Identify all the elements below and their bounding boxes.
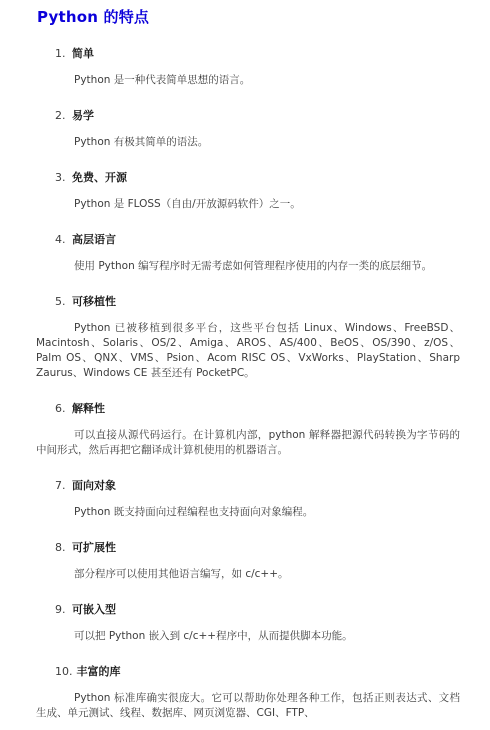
item-number: 3.: [55, 170, 68, 185]
list-item: 3.免费、开源 Python 是 FLOSS（自由/开放源码软件）之一。: [36, 170, 460, 212]
item-heading: 可嵌入型: [72, 603, 116, 616]
list-item: 8.可扩展性 部分程序可以使用其他语言编写，如 c/c++。: [36, 540, 460, 582]
item-heading-row: 2.易学: [36, 108, 460, 123]
item-paragraph: Python 是 FLOSS（自由/开放源码软件）之一。: [36, 197, 460, 212]
item-heading-row: 1.简单: [36, 46, 460, 61]
item-number: 9.: [55, 602, 68, 617]
item-heading: 简单: [72, 47, 94, 60]
item-heading: 易学: [72, 109, 94, 122]
page-title: Python 的特点: [36, 8, 460, 26]
item-heading: 可移植性: [72, 295, 116, 308]
item-heading: 可扩展性: [72, 541, 116, 554]
item-paragraph: 可以把 Python 嵌入到 c/c++程序中，从而提供脚本功能。: [36, 629, 460, 644]
item-paragraph: Python 是一种代表简单思想的语言。: [36, 73, 460, 88]
item-heading: 解释性: [72, 402, 105, 415]
item-heading: 面向对象: [72, 479, 116, 492]
item-heading-row: 6.解释性: [36, 401, 460, 416]
list-item: 6.解释性 可以直接从源代码运行。在计算机内部，python 解释器把源代码转换…: [36, 401, 460, 458]
list-item: 7.面向对象 Python 既支持面向过程编程也支持面向对象编程。: [36, 478, 460, 520]
item-paragraph: 使用 Python 编写程序时无需考虑如何管理程序使用的内存一类的底层细节。: [36, 259, 460, 274]
item-heading: 高层语言: [72, 233, 116, 246]
item-number: 1.: [55, 46, 68, 61]
item-number: 6.: [55, 401, 68, 416]
item-heading-row: 8.可扩展性: [36, 540, 460, 555]
list-item: 10.丰富的库 Python 标准库确实很庞大。它可以帮助你处理各种工作，包括正…: [36, 664, 460, 721]
item-heading-row: 5.可移植性: [36, 294, 460, 309]
item-heading-row: 3.免费、开源: [36, 170, 460, 185]
list-item: 2.易学 Python 有极其简单的语法。: [36, 108, 460, 150]
item-number: 7.: [55, 478, 68, 493]
item-number: 2.: [55, 108, 68, 123]
item-paragraph: 部分程序可以使用其他语言编写，如 c/c++。: [36, 567, 460, 582]
item-number: 8.: [55, 540, 68, 555]
item-paragraph: 可以直接从源代码运行。在计算机内部，python 解释器把源代码转换为字节码的中…: [36, 428, 460, 458]
item-paragraph: Python 有极其简单的语法。: [36, 135, 460, 150]
item-heading-row: 4.高层语言: [36, 232, 460, 247]
item-number: 4.: [55, 232, 68, 247]
item-heading-row: 10.丰富的库: [36, 664, 460, 679]
item-paragraph: Python 既支持面向过程编程也支持面向对象编程。: [36, 505, 460, 520]
item-number: 10.: [55, 664, 73, 679]
item-paragraph: Python 标准库确实很庞大。它可以帮助你处理各种工作，包括正则表达式、文档生…: [36, 691, 460, 721]
item-paragraph: Python 已被移植到很多平台，这些平台包括 Linux、Windows、Fr…: [36, 321, 460, 381]
item-heading: 免费、开源: [72, 171, 127, 184]
item-heading-row: 9.可嵌入型: [36, 602, 460, 617]
item-number: 5.: [55, 294, 68, 309]
feature-list: 1.简单 Python 是一种代表简单思想的语言。 2.易学 Python 有极…: [36, 46, 460, 721]
item-heading: 丰富的库: [77, 665, 121, 678]
list-item: 5.可移植性 Python 已被移植到很多平台，这些平台包括 Linux、Win…: [36, 294, 460, 381]
document-page: Python 的特点 1.简单 Python 是一种代表简单思想的语言。 2.易…: [0, 0, 490, 721]
item-heading-row: 7.面向对象: [36, 478, 460, 493]
list-item: 4.高层语言 使用 Python 编写程序时无需考虑如何管理程序使用的内存一类的…: [36, 232, 460, 274]
list-item: 1.简单 Python 是一种代表简单思想的语言。: [36, 46, 460, 88]
list-item: 9.可嵌入型 可以把 Python 嵌入到 c/c++程序中，从而提供脚本功能。: [36, 602, 460, 644]
